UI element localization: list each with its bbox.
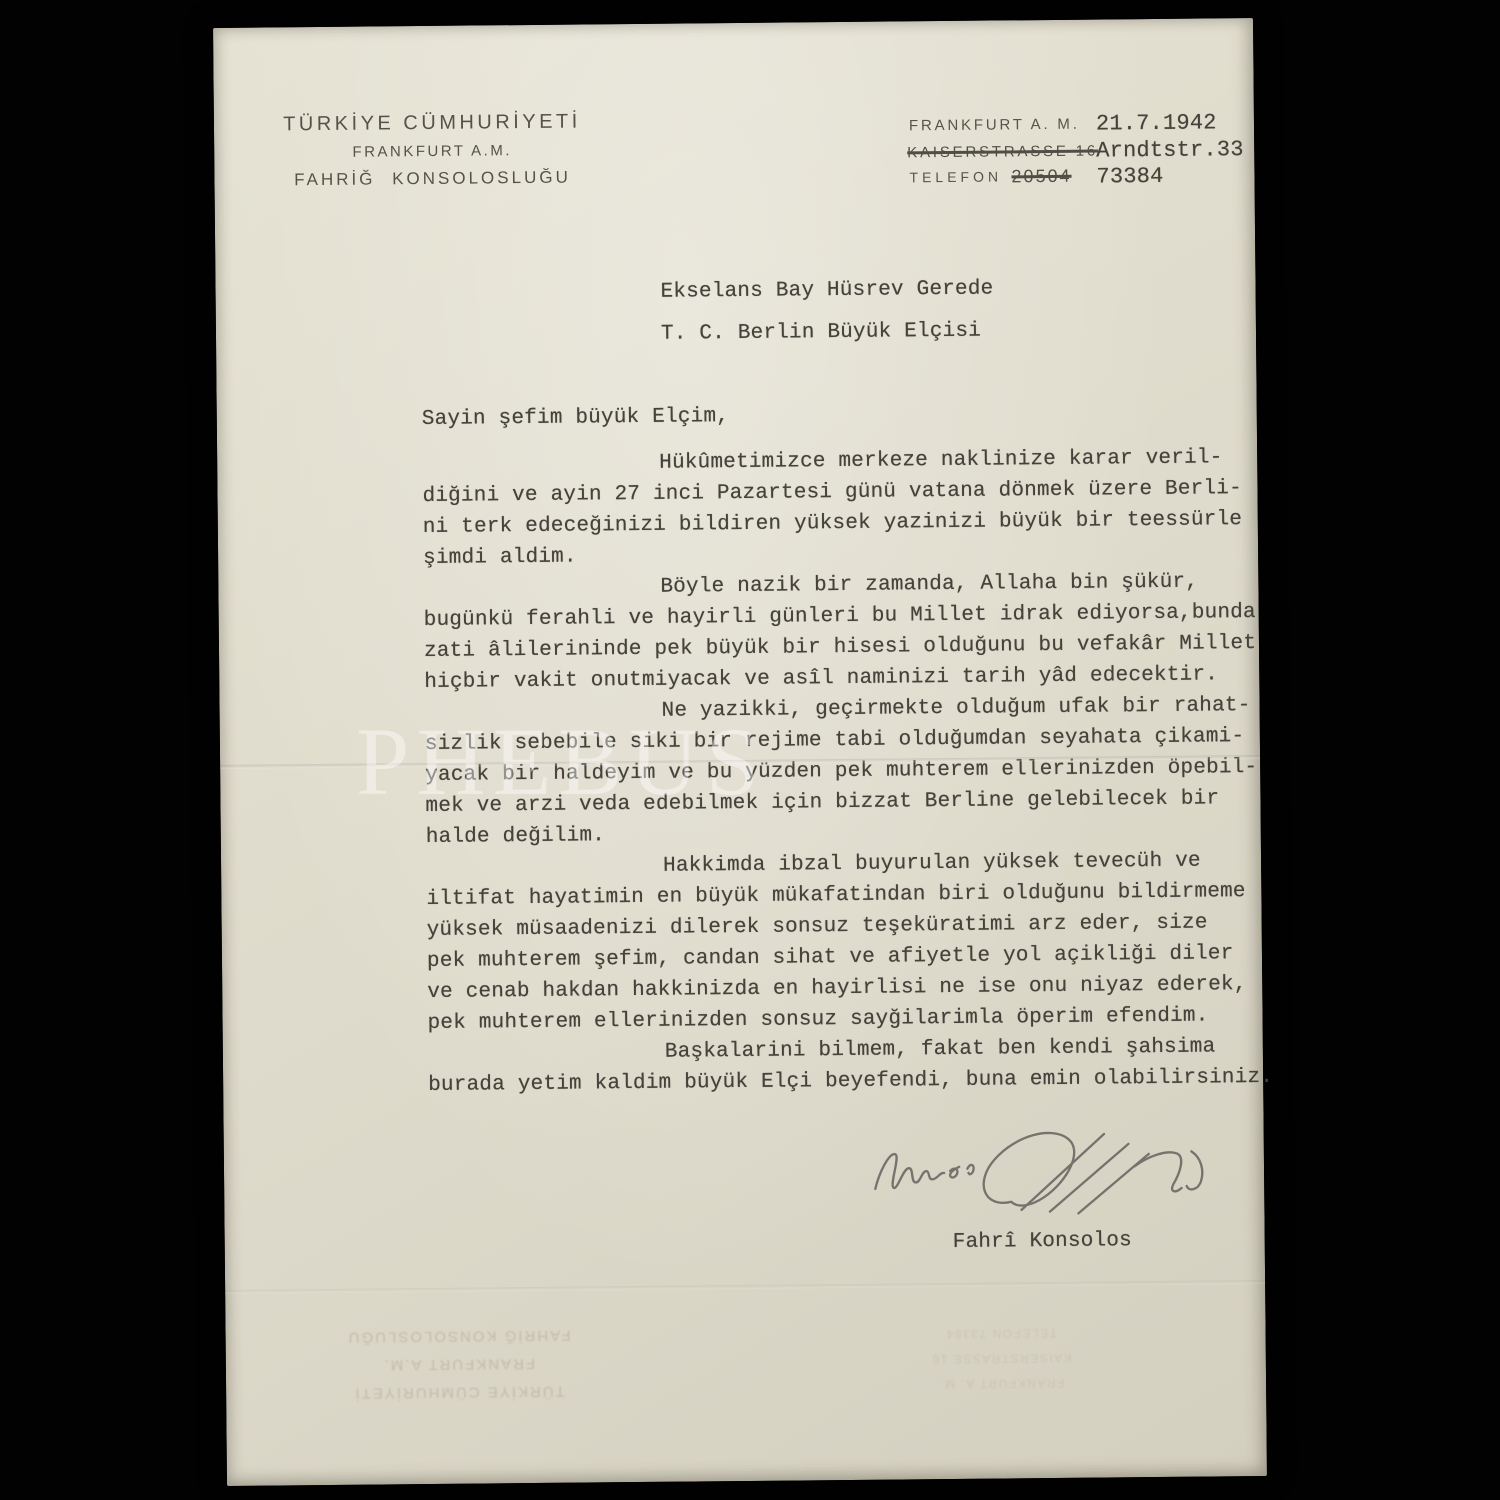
- letterhead: TÜRKİYE CÜMHURİYETİ FRANKFURT A.M. FAHRİ…: [276, 110, 589, 190]
- showthrough-line: FAHRİĞ KONSOLOSLUĞU: [338, 1321, 578, 1351]
- showthrough-line: KAISERSTRASSE 16: [919, 1345, 1084, 1372]
- showthrough-line: TELEFON 73384: [918, 1320, 1083, 1347]
- salutation: Sayin şefim büyük Elçim,: [422, 396, 1252, 435]
- letter-body: Sayin şefim büyük Elçim, Hükûmetimizce m…: [422, 396, 1259, 1101]
- letterhead-line-2: FRANKFURT A.M.: [276, 141, 588, 161]
- photo-background: TÜRKİYE CÜMHURİYETİ FRANKFURT A.M. FAHRİ…: [0, 0, 1500, 1500]
- recipient-title: T. C. Berlin Büyük Elçisi: [661, 311, 994, 356]
- recipient-name: Ekselans Bay Hüsrev Gerede: [660, 269, 993, 314]
- typed-street: Arndtstr.33: [1096, 137, 1244, 163]
- printed-city: FRANKFURT A. M.: [909, 116, 1080, 135]
- letterhead-line-3: FAHRİĞ KONSOLOSLUĞU: [276, 167, 588, 190]
- paragraph-3: Ne yazikki, geçirmekte olduğum ufak bir …: [424, 690, 1255, 853]
- typed-phone: 73384: [1096, 164, 1163, 190]
- showthrough-line: TÜRKİYE CÜMHURİYETİ: [339, 1377, 579, 1407]
- showthrough-line: FRANKFURT A.M.: [339, 1349, 579, 1379]
- body-line: burada yetim kaldim büyük Elçi beyefendi…: [428, 1062, 1258, 1101]
- paragraph-4: Hakkimda ibzal buyurulan yüksek tevecüh …: [426, 845, 1258, 1039]
- letter-document: TÜRKİYE CÜMHURİYETİ FRANKFURT A.M. FAHRİ…: [213, 18, 1267, 1486]
- paragraph-1: Hükûmetimizce merkeze naklinize karar ve…: [422, 442, 1253, 574]
- typed-date: 21.7.1942: [1096, 110, 1217, 136]
- showthrough-line: FRANKFURT A. M.: [919, 1370, 1084, 1397]
- letterhead-line-1: TÜRKİYE CÜMHURİYETİ: [276, 110, 588, 136]
- printed-street-struck: KAISERSTRASSE 16: [907, 143, 1098, 162]
- header-right: FRANKFURT A. M. 21.7.1942 KAISERSTRASSE …: [213, 18, 1253, 28]
- signature-name: Fahrî Konsolos: [953, 1229, 1132, 1254]
- showthrough-address: FRANKFURT A. M. KAISERSTRASSE 16 TELEFON…: [918, 1320, 1084, 1397]
- paragraph-2: Böyle nazik bir zamanda, Allaha bin şükü…: [423, 566, 1254, 698]
- recipient-block: Ekselans Bay Hüsrev Gerede T. C. Berlin …: [660, 269, 994, 356]
- handwritten-signature: [869, 1120, 1225, 1225]
- printed-phone-struck: 20504: [1011, 166, 1071, 187]
- fold-crease: [225, 1280, 1265, 1294]
- printed-phone-label: TELEFON: [909, 168, 1002, 185]
- showthrough-letterhead: TÜRKİYE CÜMHURİYETİ FRANKFURT A.M. FAHRİ…: [338, 1321, 579, 1407]
- paragraph-5: Başkalarini bilmem, fakat ben kendi şahs…: [428, 1031, 1259, 1101]
